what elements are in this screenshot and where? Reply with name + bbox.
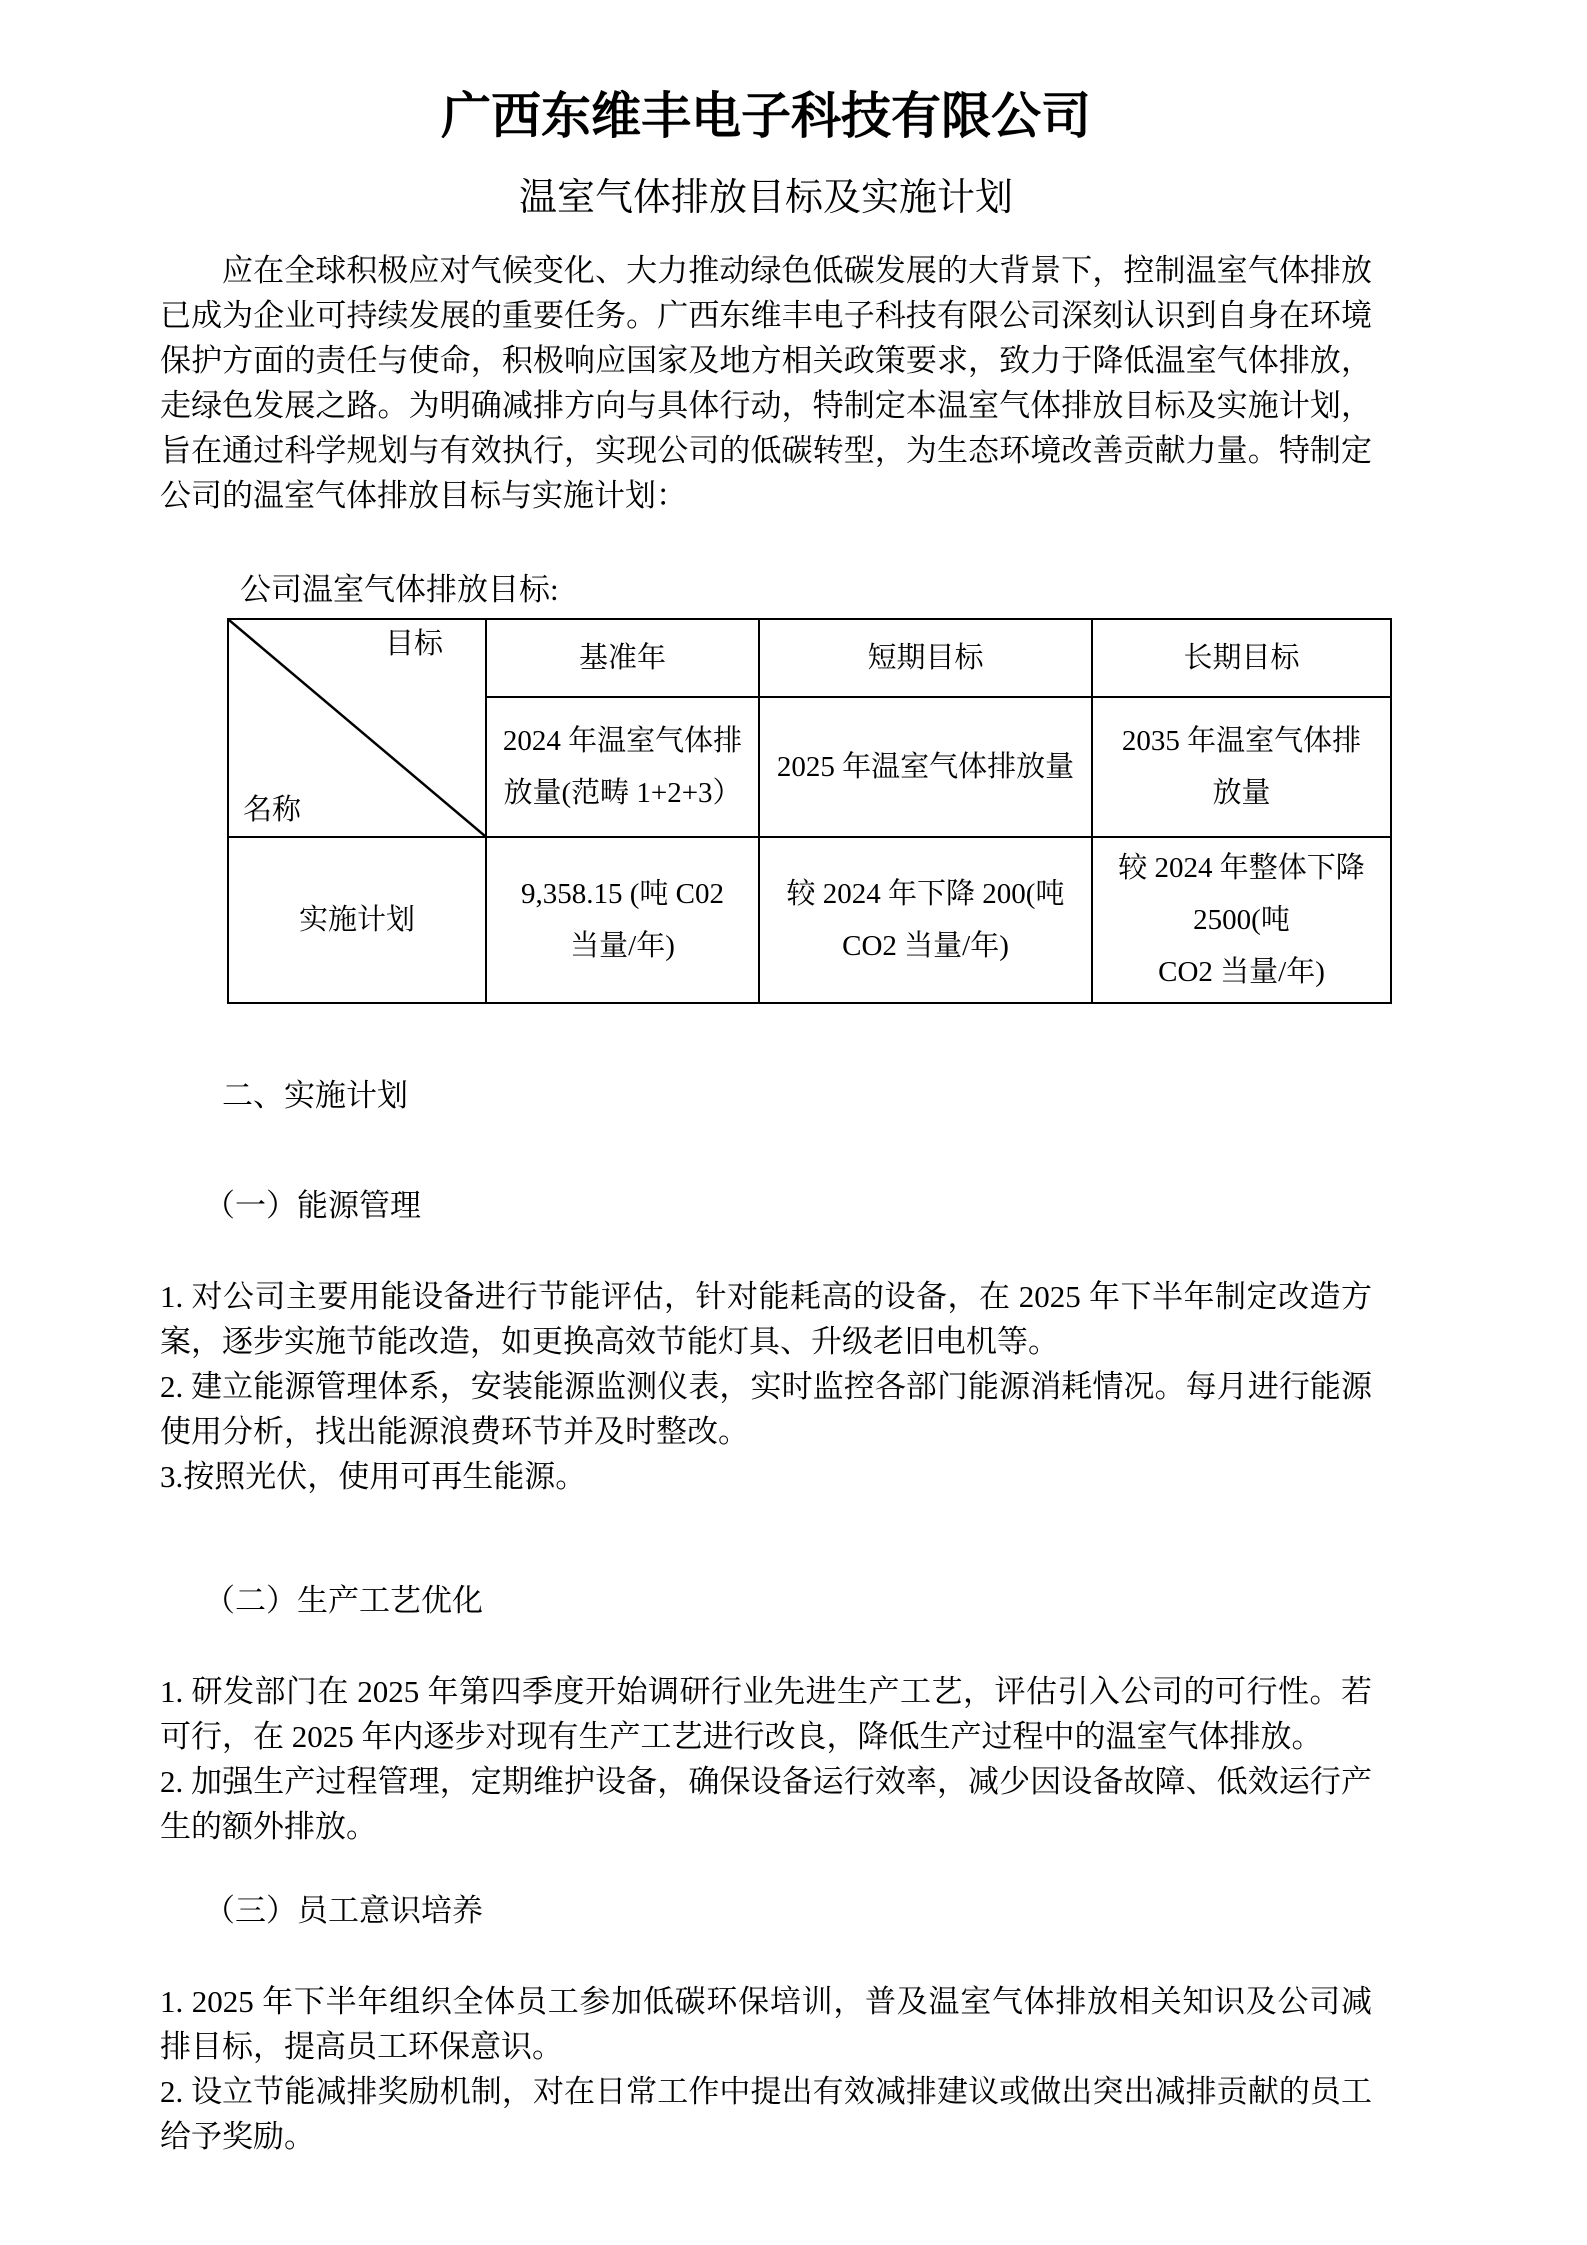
table-header-row: 目标 名称 基准年 短期目标 长期目标 (228, 619, 1391, 697)
energy-items: 1. 对公司主要用能设备进行节能评估，针对能耗高的设备，在 2025 年下半年制… (160, 1274, 1372, 1499)
awareness-items: 1. 2025 年下半年组织全体员工参加低碳环保培训，普及温室气体排放相关知识及… (160, 1979, 1372, 2159)
page-subtitle: 温室气体排放目标及实施计划 (160, 170, 1372, 226)
section-heading-implementation: 二、实施计划 (160, 1074, 1372, 1118)
subheader-long-term: 2035 年温室气体排 放量 (1092, 697, 1391, 837)
col-header-short-term: 短期目标 (759, 619, 1092, 697)
col-header-long-term: 长期目标 (1092, 619, 1391, 697)
energy-item-3: 3.按照光伏，使用可再生能源。 (160, 1454, 1372, 1499)
document-page: 广西东维丰电子科技有限公司 温室气体排放目标及实施计划 应在全球积极应对气候变化… (0, 0, 1587, 2245)
energy-item-1: 1. 对公司主要用能设备进行节能评估，针对能耗高的设备，在 2025 年下半年制… (160, 1274, 1372, 1364)
subheader-short-term: 2025 年温室气体排放量 (759, 697, 1092, 837)
intro-paragraph: 应在全球积极应对气候变化、大力推动绿色低碳发展的大背景下，控制温室气体排放已成为… (160, 248, 1372, 518)
process-item-1: 1. 研发部门在 2025 年第四季度开始调研行业先进生产工艺，评估引入公司的可… (160, 1669, 1372, 1759)
value-short-term-target: 较 2024 年下降 200(吨 CO2 当量/年) (759, 837, 1092, 1003)
diagonal-label-name: 名称 (243, 790, 301, 830)
process-items: 1. 研发部门在 2025 年第四季度开始调研行业先进生产工艺，评估引入公司的可… (160, 1669, 1372, 1849)
subheader-baseline-year: 2024 年温室气体排 放量(范畴 1+2+3） (486, 697, 759, 837)
diagonal-label-goal: 目标 (385, 624, 443, 664)
value-long-term-target: 较 2024 年整体下降 2500(吨 CO2 当量/年) (1092, 837, 1391, 1003)
process-item-2: 2. 加强生产过程管理，定期维护设备，确保设备运行效率，减少因设备故障、低效运行… (160, 1759, 1372, 1849)
table-data-row: 实施计划 9,358.15 (吨 C02 当量/年) 较 2024 年下降 20… (228, 837, 1391, 1003)
row-label-implementation-plan: 实施计划 (228, 837, 486, 1003)
awareness-item-2: 2. 设立节能减排奖励机制，对在日常工作中提出有效减排建议或做出突出减排贡献的员… (160, 2069, 1372, 2159)
diagonal-header-cell: 目标 名称 (228, 619, 486, 837)
subsection-title-awareness: （三）员工意识培养 (160, 1889, 1372, 1933)
energy-item-2: 2. 建立能源管理体系，安装能源监测仪表，实时监控各部门能源消耗情况。每月进行能… (160, 1364, 1372, 1454)
subsection-title-process: （二）生产工艺优化 (160, 1579, 1372, 1623)
table-caption: 公司温室气体排放目标: (160, 568, 1372, 612)
subsection-title-energy: （一）能源管理 (160, 1184, 1372, 1228)
page-title: 广西东维丰电子科技有限公司 (160, 80, 1372, 152)
targets-table: 目标 名称 基准年 短期目标 长期目标 2024 年温室气体排 放量(范畴 1+… (227, 618, 1392, 1004)
value-baseline-emission: 9,358.15 (吨 C02 当量/年) (486, 837, 759, 1003)
awareness-item-1: 1. 2025 年下半年组织全体员工参加低碳环保培训，普及温室气体排放相关知识及… (160, 1979, 1372, 2069)
col-header-baseline-year: 基准年 (486, 619, 759, 697)
